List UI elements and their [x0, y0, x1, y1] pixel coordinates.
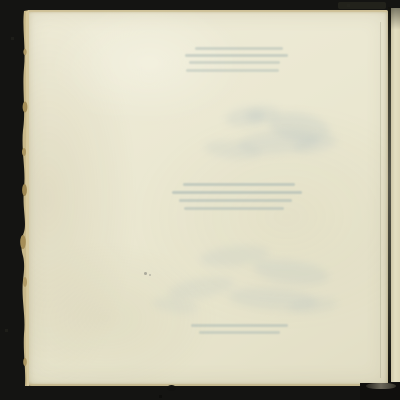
- page-bottom-edge: [28, 384, 386, 386]
- book-page: [26, 10, 388, 386]
- adjacent-page-shadow: [391, 8, 400, 30]
- book-top-edge-shadow: [338, 2, 386, 9]
- adjacent-page-edge: [391, 8, 400, 382]
- scan-stage: [0, 0, 400, 400]
- page-crease-line: [380, 22, 381, 378]
- scanner-background-noise: [0, 0, 1, 1]
- book-block-edge-highlight: [366, 383, 396, 389]
- page-top-edge: [27, 10, 387, 12]
- paper-texture: [26, 10, 388, 386]
- page-deckle-edge: [20, 10, 33, 386]
